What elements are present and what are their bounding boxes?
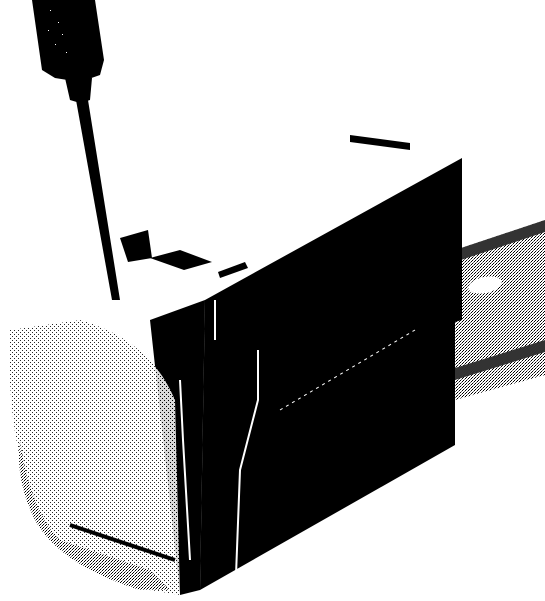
product-photo — [0, 0, 545, 601]
din-rail — [455, 220, 545, 400]
housing — [9, 135, 462, 595]
